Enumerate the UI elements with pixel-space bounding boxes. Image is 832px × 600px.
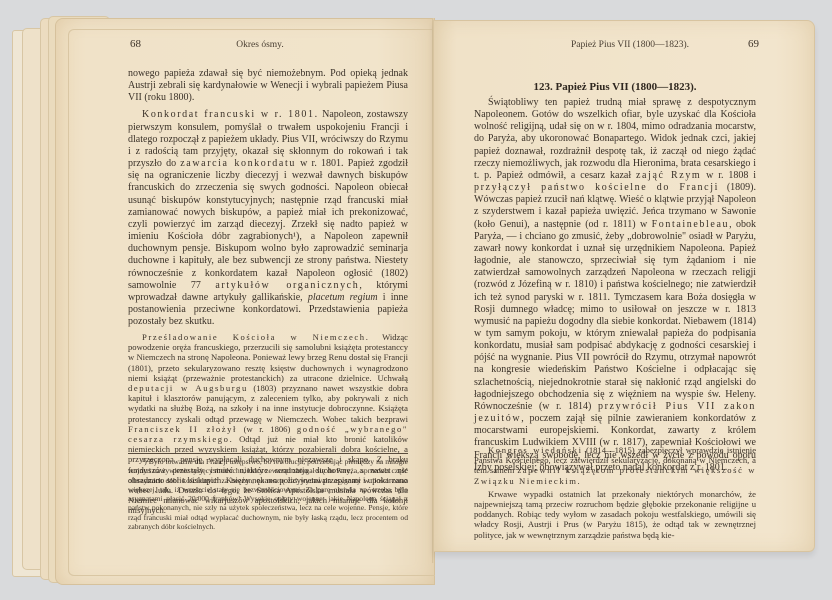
emphasis-run: przyłączył państwo kościelne do Francji bbox=[474, 182, 719, 193]
emphasis-run: Fontainebleau bbox=[652, 219, 729, 230]
right-small-text: Kongres wiedeński (1814—1815) zabezpiecz… bbox=[474, 445, 756, 540]
paragraph-lead: Prześladowanie Kościoła w Niemczech. bbox=[142, 332, 369, 342]
text-run: w r. 1801. Papież zgodził się na ogranic… bbox=[128, 158, 408, 291]
paragraph: nowego papieża zdawał się być niemożebny… bbox=[128, 68, 408, 104]
footnote-text: ¹) Było to ważne dla Francji ustępstwo, … bbox=[128, 457, 408, 531]
text-run: w r. 1808 i bbox=[701, 170, 756, 181]
emphasis-run: zawarcia konkordatu bbox=[180, 158, 296, 169]
paragraph-holy-alliance: Krwawe wypadki ostatnich lat przekonały … bbox=[474, 489, 756, 540]
left-page-number: 68 bbox=[130, 38, 141, 50]
left-running-header: Okres ósmy. bbox=[205, 40, 315, 50]
right-running-header: Papież Pius VII (1800—1823). bbox=[560, 40, 700, 50]
emphasis-run: artykułów organicznych bbox=[215, 280, 359, 291]
left-body-text: nowego papieża zdawał się być niemożebny… bbox=[128, 68, 408, 328]
right-body-text: Świątobliwy ten papież trudną miał spraw… bbox=[474, 97, 756, 474]
emphasis-run: zapewnił książętom protestanckim większo… bbox=[474, 465, 756, 485]
emphasis-run: deputacji w Augsburgu bbox=[128, 383, 248, 393]
italic-run: placetum regium bbox=[308, 292, 378, 303]
text-run: (w r. 1806) bbox=[237, 424, 297, 434]
emphasis-run: Franciszek II złożył bbox=[128, 424, 237, 434]
text-run: , obok Paryża, — i chciano go zmusić, że… bbox=[474, 219, 756, 412]
section-heading: 123. Papież Pius VII (1800—1823). bbox=[475, 81, 755, 93]
emphasis-run: Kongres wiedeński bbox=[488, 445, 583, 455]
footnote: ¹) Było to ważne dla Francji ustępstwo, … bbox=[128, 457, 408, 531]
right-page-number: 69 bbox=[748, 38, 759, 50]
footnote-divider bbox=[128, 453, 408, 454]
paragraph-konkordat: Konkordat francuski w r. 1801. Napoleon,… bbox=[128, 109, 408, 328]
emphasis-run: zająć Rzym bbox=[636, 170, 701, 181]
paragraph-congress: Kongres wiedeński (1814—1815) zabezpiecz… bbox=[474, 445, 756, 486]
text-run: Świątobliwy ten papież trudną miał spraw… bbox=[474, 97, 756, 181]
text-run: . bbox=[578, 476, 580, 486]
paragraph-lead: Konkordat francuski w r. 1801. bbox=[142, 109, 319, 120]
paragraph-pius-vii: Świątobliwy ten papież trudną miał spraw… bbox=[474, 97, 756, 474]
